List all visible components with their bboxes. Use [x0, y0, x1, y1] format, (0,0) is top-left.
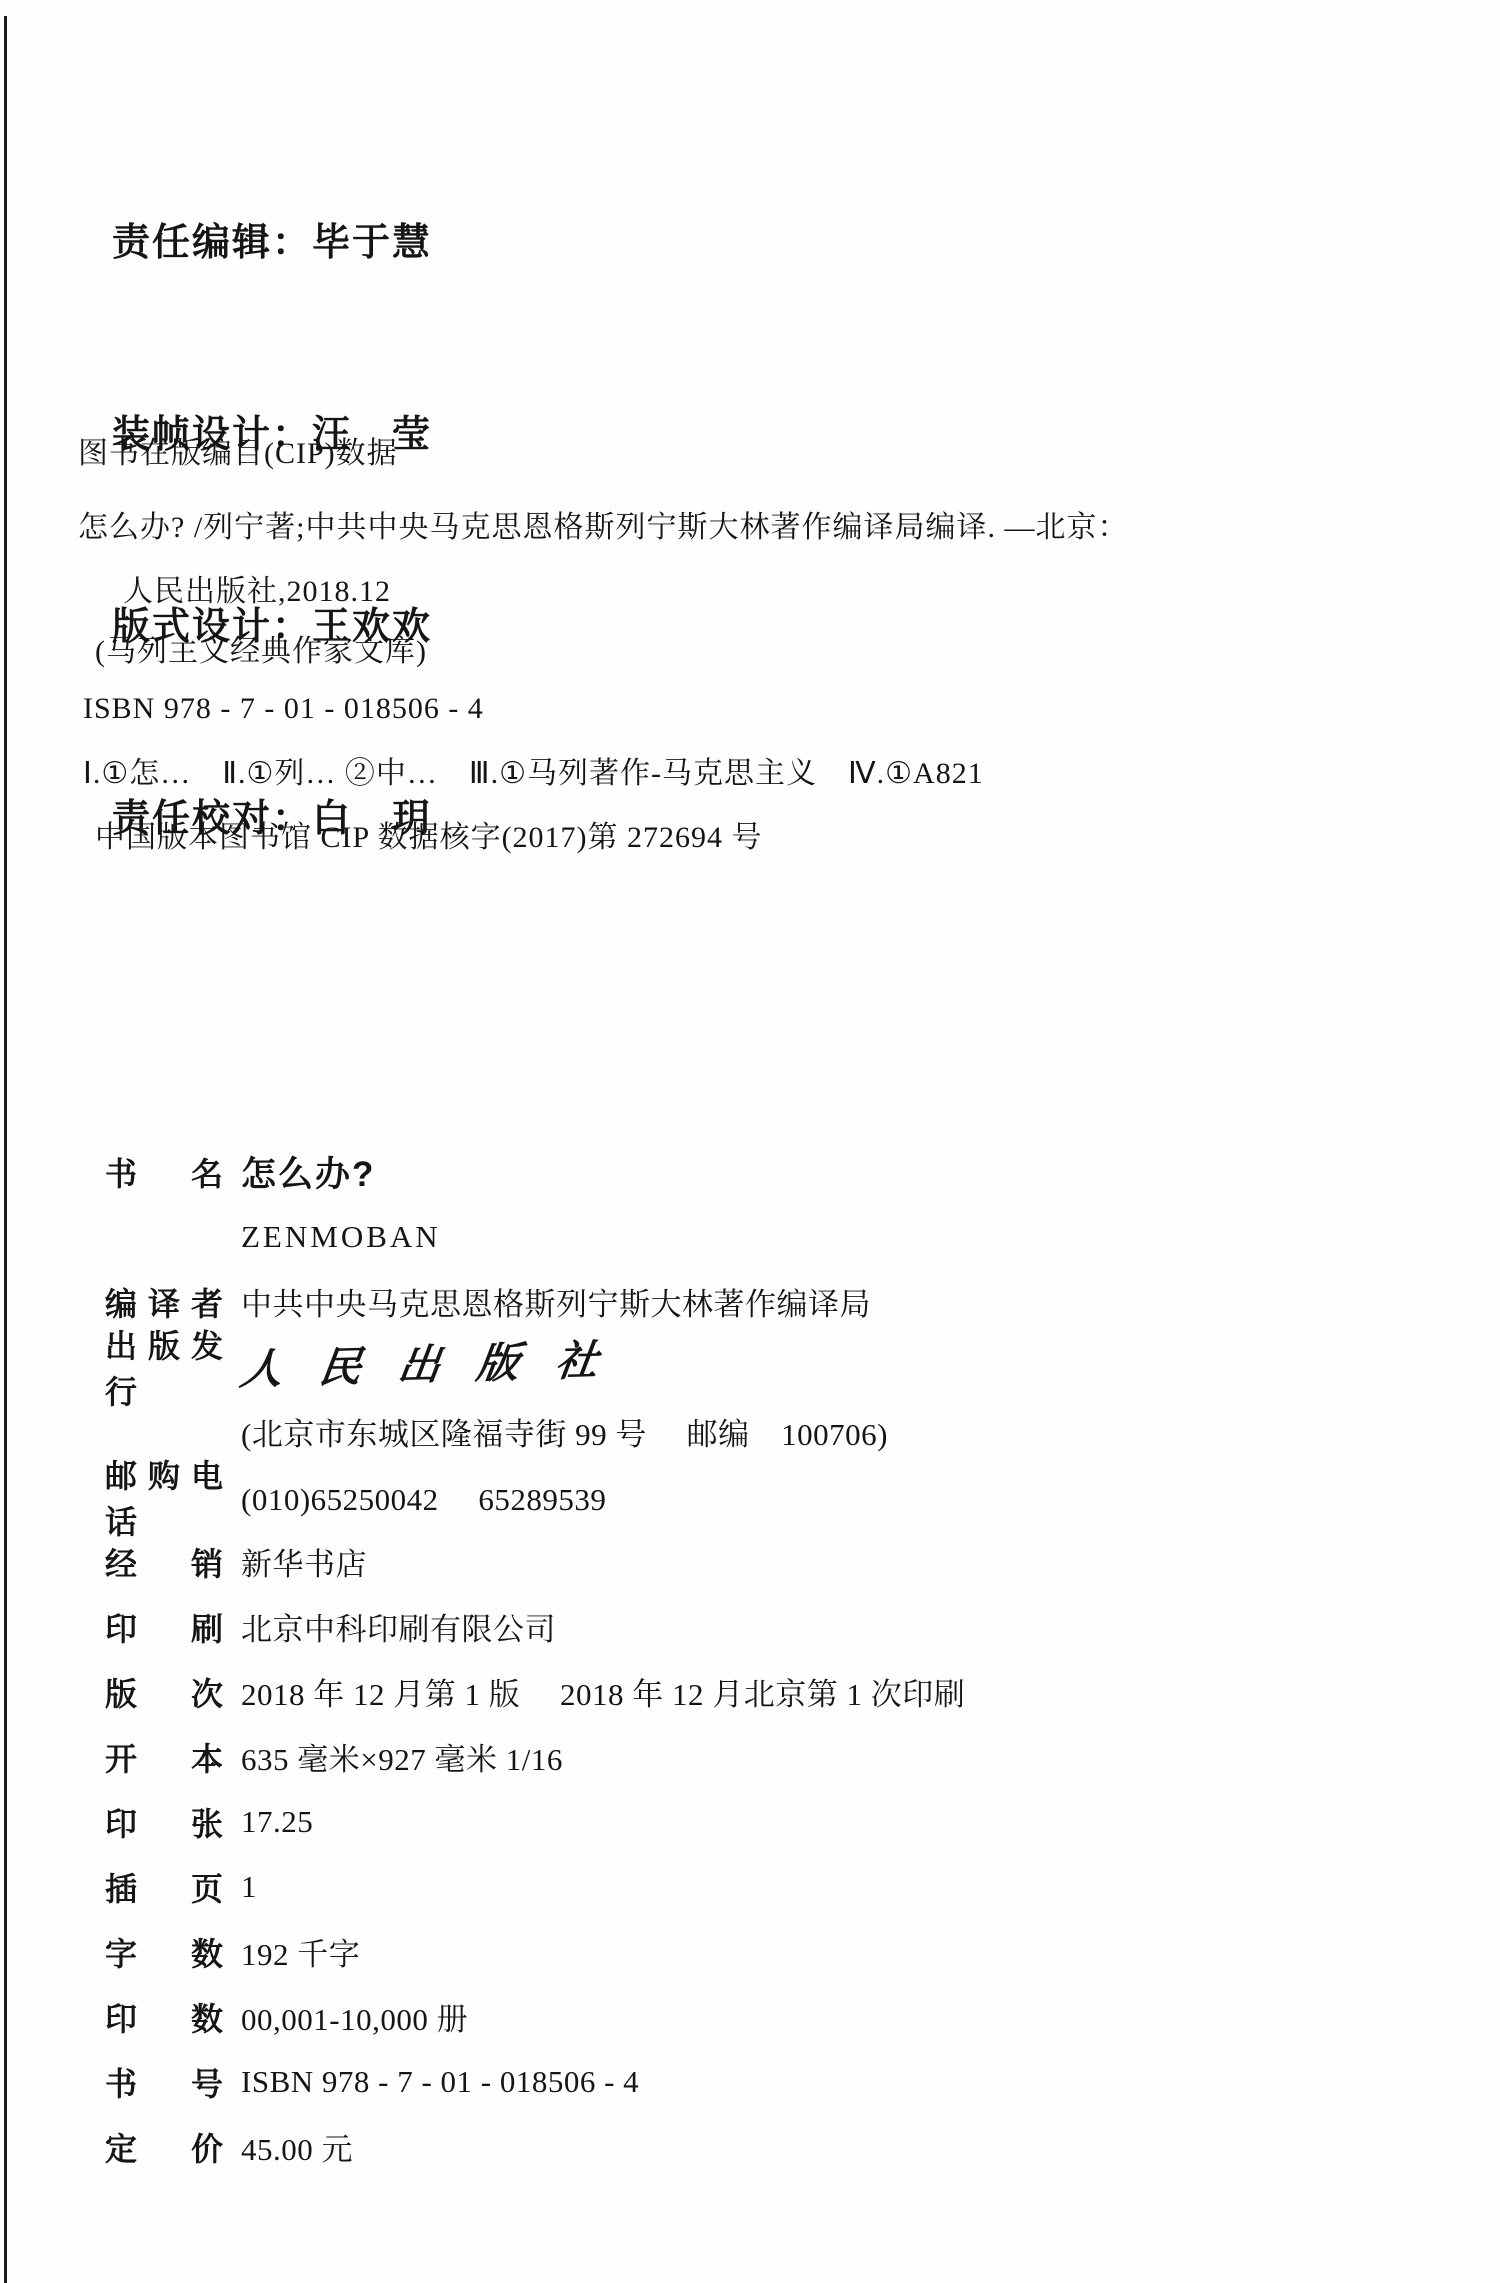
cip-series-line: (马列主义经典作家文库) [95, 626, 427, 670]
row-label: 字 数 [105, 1929, 223, 1975]
row-label: 书 名 [105, 1149, 223, 1195]
row-value: 中共中央马克思恩格斯列宁斯大林著作编译局 [241, 1279, 871, 1324]
row-value: 635 毫米×927 毫米 1/16 [241, 1734, 563, 1779]
row-label: 编 译 者 [105, 1279, 223, 1325]
colophon-row-print-run: 印 数 00,001-10,000 册 [105, 1984, 965, 2049]
row-label: 经 销 [105, 1539, 223, 1585]
colophon-row-format: 开 本 635 毫米×927 毫米 1/16 [105, 1724, 965, 1789]
row-label: 插 页 [105, 1864, 223, 1910]
colophon-row-isbn: 书 号 ISBN 978 - 7 - 01 - 018506 - 4 [105, 2049, 965, 2114]
cip-isbn-line: ISBN 978 - 7 - 01 - 018506 - 4 [83, 692, 484, 726]
colophon-row-price: 定 价 45.00 元 [105, 2114, 965, 2179]
row-value: (010)65250042 65289539 [241, 1474, 606, 1519]
colophon-row-word-count: 字 数 192 千字 [105, 1919, 965, 1984]
staff-name: 毕于慧 [312, 222, 432, 264]
colophon-row-publisher: 出版发行 人 民 出 版 社 [105, 1334, 965, 1399]
colophon-row-insert-pages: 插 页 1 [105, 1854, 965, 1919]
colophon-row-address: (北京市东城区隆福寺街 99 号 邮编 100706) [105, 1399, 965, 1464]
colophon-row-printer: 印 刷 北京中科印刷有限公司 [105, 1594, 965, 1659]
row-label: 邮购电话 [105, 1451, 223, 1543]
row-value: ZENMOBAN [241, 1219, 441, 1255]
row-label: 版 次 [105, 1669, 223, 1715]
row-value: (北京市东城区隆福寺街 99 号 邮编 100706) [241, 1409, 888, 1454]
row-value: 1 [241, 1869, 257, 1905]
page: { "staff": [ {"label": "责任编辑：", "name": … [0, 0, 1500, 2283]
colophon-row-pinyin-title: ZENMOBAN [105, 1204, 965, 1269]
row-label: 书 号 [105, 2059, 223, 2105]
row-value: 17.25 [241, 1804, 313, 1840]
row-value: 新华书店 [241, 1539, 367, 1584]
row-value: 怎么办? [241, 1147, 375, 1197]
publisher-logotype: 人 民 出 版 社 [237, 1327, 615, 1397]
colophon-row-edition: 版 次 2018 年 12 月第 1 版 2018 年 12 月北京第 1 次印… [105, 1659, 965, 1724]
row-value: 00,001-10,000 册 [241, 1994, 468, 2039]
row-label: 出版发行 [105, 1321, 223, 1413]
row-value: 192 千字 [241, 1929, 360, 1974]
colophon-row-distributor: 经 销 新华书店 [105, 1529, 965, 1594]
row-label: 开 本 [105, 1734, 223, 1780]
colophon-row-printed-sheets: 印 张 17.25 [105, 1789, 965, 1854]
colophon-row-book-title: 书 名 怎么办? [105, 1139, 965, 1204]
colophon-row-translator: 编 译 者 中共中央马克思恩格斯列宁斯大林著作编译局 [105, 1269, 965, 1334]
row-label: 印 刷 [105, 1604, 223, 1650]
row-value: 45.00 元 [241, 2124, 353, 2169]
cip-header: 图书在版编目(CIP)数据 [78, 428, 398, 472]
left-page-rule [4, 16, 7, 2283]
row-label: 定 价 [105, 2124, 223, 2170]
cip-registry-line: 中国版本图书馆 CIP 数据核字(2017)第 272694 号 [95, 812, 763, 856]
staff-line-editor: 责任编辑：毕于慧 [112, 211, 432, 275]
cip-classification-line: Ⅰ.①怎… Ⅱ.①列… ②中… Ⅲ.①马列著作-马克思主义 Ⅳ.①A821 [83, 748, 984, 792]
colophon-row-mail-order-phone: 邮购电话 (010)65250042 65289539 [105, 1464, 965, 1529]
row-value: 北京中科印刷有限公司 [241, 1604, 556, 1649]
colophon-table: 书 名 怎么办? ZENMOBAN 编 译 者 中共中央马克思恩格斯列宁斯大林著… [105, 1139, 965, 2179]
row-label: 印 张 [105, 1799, 223, 1845]
staff-label: 责任编辑： [112, 222, 312, 264]
row-value: 2018 年 12 月第 1 版 2018 年 12 月北京第 1 次印刷 [241, 1669, 965, 1714]
row-value: ISBN 978 - 7 - 01 - 018506 - 4 [241, 2064, 639, 2100]
cip-publisher-line: 人民出版社,2018.12 [123, 566, 391, 610]
cip-title-line: 怎么办? /列宁著;中共中央马克思恩格斯列宁斯大林著作编译局编译. —北京： [78, 502, 1128, 546]
row-label: 印 数 [105, 1994, 223, 2040]
